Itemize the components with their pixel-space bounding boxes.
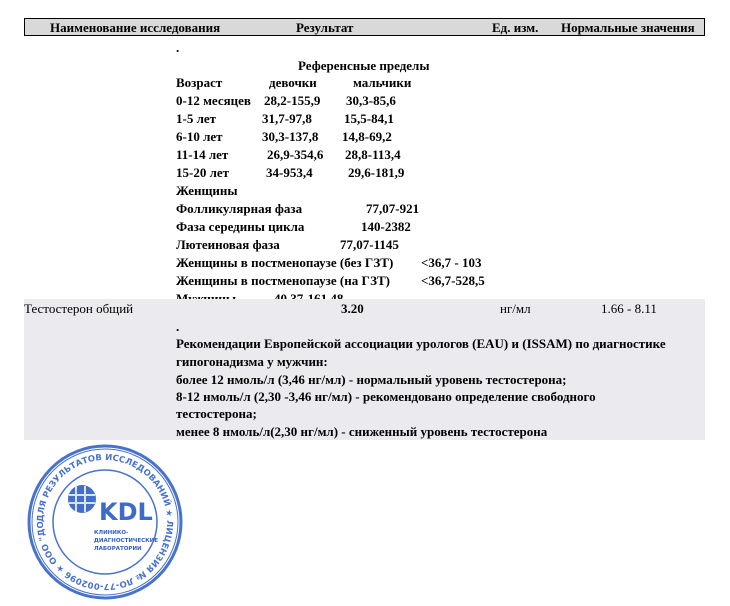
lab-stamp: ДЛЯ РЕЗУЛЬТАТОВ ИССЛЕДОВАНИЙ ★ ЛИЦЕНЗИЯ … [22, 442, 188, 602]
women-row: Лютеиновая фаза 77,07-1145 [176, 237, 696, 255]
women-row: Женщины в постменопаузе (без ГЗТ) <36,7 … [176, 255, 696, 273]
phase-label: Женщины в постменопаузе (без ГЗТ) [176, 255, 393, 271]
reference-title: Референсные пределы [298, 58, 430, 74]
women-row: Женщины в постменопаузе (на ГЗТ) <36,7-5… [176, 273, 696, 291]
recommendation-line: Рекомендации Европейской ассоциации урол… [176, 336, 666, 352]
age: 15-20 лет [176, 165, 229, 181]
girls-range: 30,3-137,8 [262, 129, 318, 145]
reference-ranges: . Референсные пределы Возраст девочки ма… [176, 40, 696, 300]
recommendation-line: более 12 нмоль/л (3,46 нг/мл) - нормальн… [176, 372, 567, 388]
dot-marker: . [176, 40, 179, 56]
globe-icon [68, 485, 96, 513]
boys-range: 30,3-85,6 [346, 93, 396, 109]
col-age: Возраст [176, 75, 222, 91]
svg-text:КЛИНИКО-: КЛИНИКО- [94, 530, 128, 536]
header-name: Наименование исследования [50, 20, 220, 36]
dot-marker: . [176, 319, 179, 335]
women-label: Женщины [176, 183, 238, 199]
test-name: Тестостерон общий [24, 301, 133, 317]
age: 11-14 лет [176, 147, 228, 163]
test-unit: нг/мл [500, 301, 531, 317]
boys-range: 28,8-113,4 [345, 147, 401, 163]
phase-range: <36,7 - 103 [421, 255, 482, 271]
girls-range: 26,9-354,6 [267, 147, 323, 163]
women-row: Фолликулярная фаза 77,07-921 [176, 201, 696, 219]
phase-range: 77,07-921 [366, 201, 419, 217]
age: 6-10 лет [176, 129, 223, 145]
phase-range: <36,7-528,5 [421, 273, 485, 289]
boys-range: 15,5-84,1 [344, 111, 394, 127]
recommendation-line: 8-12 нмоль/л (2,30 -3,46 нг/мл) - рекоме… [176, 389, 596, 405]
table-header: Наименование исследования Результат Ед. … [24, 18, 705, 36]
age-row: 6-10 лет 30,3-137,8 14,8-69,2 [176, 129, 696, 147]
recommendation-line: гипогонадизма у мужчин: [176, 354, 328, 370]
header-unit: Ед. изм. [492, 20, 538, 36]
women-heading: Женщины [176, 183, 696, 201]
women-row: Фаза середины цикла 140-2382 [176, 219, 696, 237]
girls-range: 31,7-97,8 [262, 111, 312, 127]
age: 0-12 месяцев [176, 93, 251, 109]
stamp-icon: ДЛЯ РЕЗУЛЬТАТОВ ИССЛЕДОВАНИЙ ★ ЛИЦЕНЗИЯ … [22, 442, 188, 602]
boys-range: 14,8-69,2 [342, 129, 392, 145]
phase-range: 77,07-1145 [340, 237, 399, 253]
girls-range: 28,2-155,9 [264, 93, 320, 109]
header-result: Результат [296, 20, 353, 36]
test-norm: 1.66 - 8.11 [601, 301, 657, 317]
age-header-row: Возраст девочки мальчики [176, 75, 696, 93]
phase-label: Женщины в постменопаузе (на ГЗТ) [176, 273, 390, 289]
test-result: 3.20 [341, 301, 364, 317]
boys-range: 29,6-181,9 [348, 165, 404, 181]
age: 1-5 лет [176, 111, 216, 127]
col-boys: мальчики [353, 75, 411, 91]
age-row: 0-12 месяцев 28,2-155,9 30,3-85,6 [176, 93, 696, 111]
girls-range: 34-953,4 [266, 165, 313, 181]
svg-text:ДИАГНОСТИЧЕСКИЕ: ДИАГНОСТИЧЕСКИЕ [94, 538, 158, 544]
header-norm: Нормальные значения [561, 20, 695, 36]
age-row: 15-20 лет 34-953,4 29,6-181,9 [176, 165, 696, 183]
phase-label: Лютеиновая фаза [176, 237, 280, 253]
col-girls: девочки [269, 75, 317, 91]
age-row: 11-14 лет 26,9-354,6 28,8-113,4 [176, 147, 696, 165]
svg-text:KDL: KDL [99, 498, 153, 526]
recommendation-line: тестостерона; [176, 406, 257, 422]
phase-label: Фолликулярная фаза [176, 201, 302, 217]
test-row-background [24, 299, 705, 440]
phase-label: Фаза середины цикла [176, 219, 304, 235]
phase-range: 140-2382 [361, 219, 411, 235]
svg-text:ЛАБОРАТОРИИ: ЛАБОРАТОРИИ [94, 546, 142, 552]
recommendation-line: менее 8 нмоль/л(2,30 нг/мл) - сниженный … [176, 424, 547, 440]
age-row: 1-5 лет 31,7-97,8 15,5-84,1 [176, 111, 696, 129]
